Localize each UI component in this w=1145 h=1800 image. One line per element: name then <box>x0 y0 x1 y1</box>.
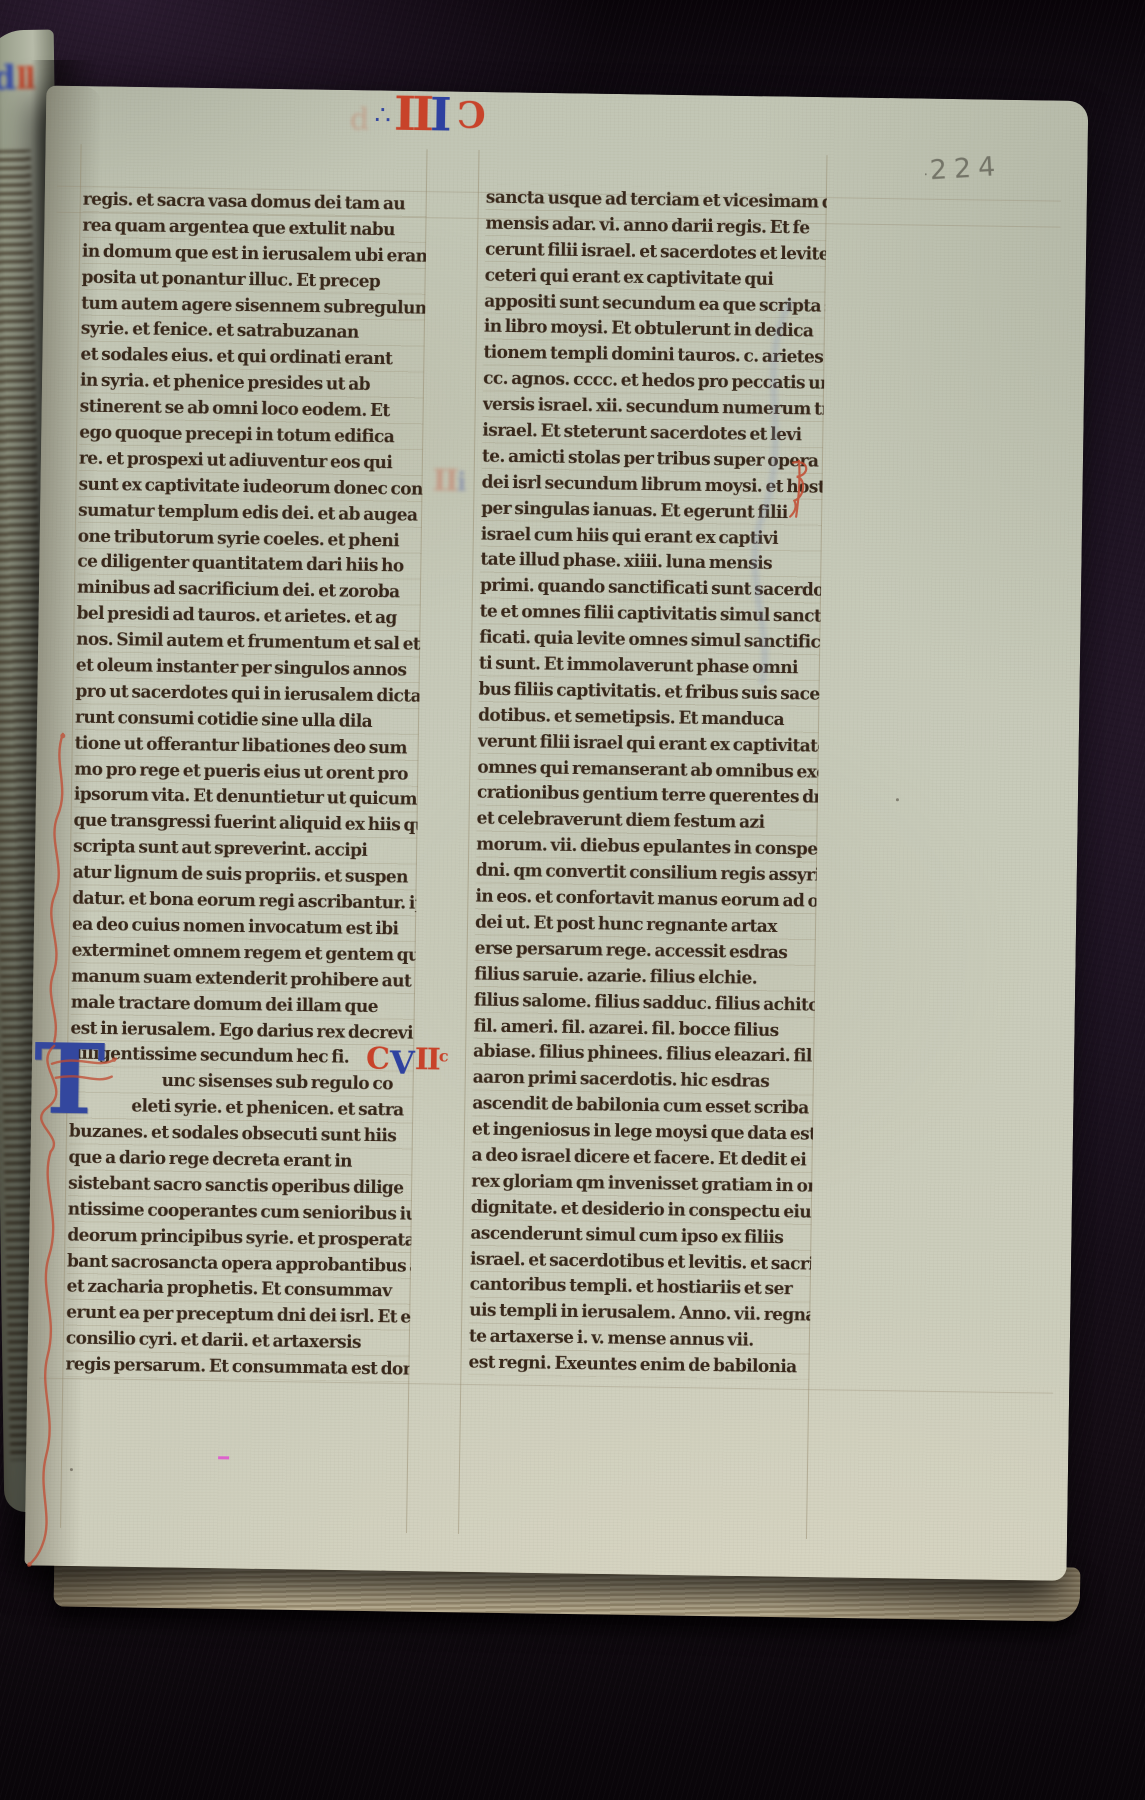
folio-number: ·224 <box>923 151 1004 186</box>
running-title: d ∴ II I C <box>350 86 486 144</box>
rubric-red-flourish: C <box>366 1041 390 1076</box>
folio-number-value: 224 <box>929 151 1003 186</box>
red-penwork-filigree <box>14 715 157 1577</box>
rubric-rest-numeral: II <box>414 1042 439 1077</box>
dust-speck <box>896 798 899 801</box>
running-title-blue-penwork: ∴ <box>374 100 389 130</box>
photo-stage: dll d ∴ II I C ·224 regis. et sacra vasa… <box>0 0 1145 1800</box>
running-title-ghost-flourish: d <box>350 102 370 137</box>
title-offset-ghost: IIi <box>432 463 466 499</box>
rubric-first-numeral: V <box>390 1044 415 1082</box>
pink-artifact <box>218 1456 229 1459</box>
text-line: est regni. Exeuntes enim de babilonia <box>468 1349 809 1381</box>
dust-speck <box>70 1468 73 1471</box>
running-title-numeral: II <box>394 87 431 143</box>
facing-page-title-fragment: dll <box>0 58 33 99</box>
running-title-red-bracket: C <box>456 95 485 137</box>
blue-showthrough-initial <box>734 292 804 693</box>
rubric-terminal: c <box>439 1046 449 1065</box>
chapter-numeral-rubric: CVIIc <box>366 1038 449 1077</box>
manuscript-page: d ∴ II I C ·224 regis. et sacra vasa dom… <box>24 86 1088 1581</box>
running-title-blue-stem: I <box>430 87 452 141</box>
